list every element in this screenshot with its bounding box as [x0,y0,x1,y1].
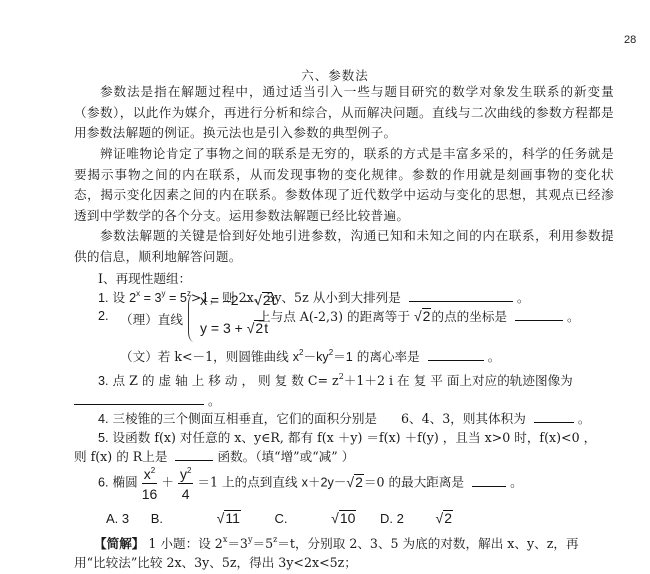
q2-line2: y = 3 + [200,320,247,336]
solution-line-2: 用“比较法”比较 2x、3y、5z，得出 3y<2x<5z； [74,552,357,571]
question-6: 6. 椭圆 x216 ＋ y24 ＝1 上的点到直线 x＋2y－√2＝0 的最大… [98,462,523,504]
q2-end: 。 [567,309,580,324]
q1-base-3: = 3 [140,291,161,305]
q6-frac2-sq: 2 [187,466,191,475]
q6-label: 椭圆 [113,475,138,490]
q3-end: 。 [208,393,221,408]
option-a[interactable]: A. 3 [106,511,129,526]
q2-line1: x = –2 – [200,292,254,308]
question-2-label: （理）直线 [120,309,183,328]
question-5: 5. 设函数 f(x) 对任意的 x、y∈R, 都有 f(x ＋y) ＝f(x)… [98,427,596,446]
q2-sqrt2-radicand: 2 [422,308,432,323]
q6-fraction-x: x216 [142,462,158,504]
solution-tag: 【简解】 [94,536,144,551]
q2-text: 上与点 A(-2,3) 的距离等于 √2的点的坐标是 。 [258,306,580,325]
q6-eq-one: ＝1 上的点到直线 [197,475,297,490]
q1-base-5: = 5 [166,291,187,305]
q3-text-2: ＋1＋2 i 在 复 平 面上对应的轨迹图像为 [344,373,573,388]
question-1: 1. 设 2x = 3y = 5z>1，则 2x、3y、5z 从小到大排列是 。 [98,287,529,306]
q4-answer-blank[interactable] [534,410,574,423]
q6-end: 。 [510,475,523,490]
q3-text: 点 Z 的 虚 轴 上 移 动 ， 则 复 数 C= z [113,373,339,388]
q6-frac1-den: 16 [142,484,158,504]
q5-number: 5. [98,431,109,445]
q4-text: 三棱锥的三个侧面互相垂直，它们的面积分别是 [113,411,377,426]
question-4: 4. 三棱锥的三个侧面互相垂直，它们的面积分别是 6、4、3，则其体积为 。 [98,408,590,427]
q1-number: 1. [98,291,109,305]
option-b-sqrt: √11 [217,510,241,526]
q6-frac2-den: 4 [178,484,193,504]
q6-sqrt2-radicand: 2 [354,474,364,489]
q2-wen-ky: －ky [304,350,329,364]
solution-line1c: ＝5 [252,536,273,551]
q6-number: 6. [98,476,109,490]
q6-line-eq2: ＝0 的最大距离是 [364,475,464,490]
q2-mid-text: 上与点 A(-2,3) 的距离等于 [258,309,410,324]
question-2-number: 2. [98,309,109,323]
q6-frac1-sq: 2 [151,466,155,475]
solution-line1d: ＝t，分别取 2、3、5 为底的对数，解出 x、y、z，再 [277,536,578,551]
option-b[interactable]: B. [151,511,163,526]
option-c-sqrt: √10 [331,510,356,526]
q4-values: 6、4、3，则其体积为 [401,411,526,426]
q6-fraction-y: y24 [178,462,193,504]
solution-line1b: ＝3 [227,536,248,551]
group-heading: Ⅰ、再现性题组： [98,268,191,287]
option-d-sqrt: √2 [436,510,453,526]
q2-wen-after: 的离心率是 [357,349,420,364]
q1-answer-blank[interactable] [409,289,513,302]
q2-line1-radicand: 2 [262,292,272,307]
q6-sqrt2: √2 [346,474,363,490]
q2-wen-answer-blank[interactable] [428,348,484,361]
q2-sqrt2: √2 [414,308,431,324]
q1-prefix: 设 [113,290,126,305]
solution-line1a: 1 小题：设 2 [148,536,222,551]
solution-line-1: 【简解】 1 小题：设 2x＝3y＝5z＝t，分别取 2、3、5 为底的对数，解… [94,533,579,552]
intro-paragraph-1: 参数法是指在解题过程中，通过适当引入一些与题目研究的数学对象发生联系的新变量（参… [74,82,614,144]
q6-frac2-num: y [180,466,187,482]
page-number: 28 [624,34,636,46]
q5-line-1: 设函数 f(x) 对任意的 x、y∈R, 都有 f(x ＋y) ＝f(x) ＋f… [113,430,597,445]
q3-answer-line: 。 [74,390,221,409]
q4-number: 4. [98,412,109,426]
q6-answer-blank[interactable] [472,474,506,487]
question-3: 3. 点 Z 的 虚 轴 上 移 动 ， 则 复 数 C= z2＋1＋2 i 在… [98,370,573,389]
option-d-radicand: 2 [443,510,453,525]
q2-wen-prefix: （文）若 k<－1，则圆锥曲线 [120,349,289,364]
q6-options: A. 3 B. √11 C. √10 D. 2 √2 [106,510,453,526]
q3-answer-blank[interactable] [74,392,204,405]
q2-wen: （文）若 k<－1，则圆锥曲线 x2－ky2＝1 的离心率是 。 [120,346,500,365]
q2-wen-eq1: ＝1 [333,350,353,364]
q5-answer-blank[interactable] [175,448,213,461]
option-c[interactable]: C. [275,511,288,526]
intro-paragraph-3: 参数法解题的关键是恰到好处地引进参数，沟通已知和未知之间的内在联系，利用参数提供… [74,226,614,267]
option-b-radicand: 11 [224,510,241,525]
q3-number: 3. [98,374,109,388]
q4-end: 。 [578,411,591,426]
q6-frac1-num: x [144,466,151,482]
option-c-radicand: 10 [339,510,357,525]
system-brace [188,294,197,342]
intro-paragraph-2: 辨证唯物论肯定了事物之间的联系是无穷的，联系的方式是丰富多采的，科学的任务就是要… [74,144,614,226]
q1-end: 。 [517,290,530,305]
q2-after-text: 的点的坐标是 [431,309,507,324]
option-d[interactable]: D. 2 [380,511,404,526]
q2-answer-blank[interactable] [515,308,563,321]
q6-plus: ＋ [161,476,174,490]
q6-line-eq: x＋2y－ [302,476,347,490]
q2-wen-end: 。 [488,349,501,364]
